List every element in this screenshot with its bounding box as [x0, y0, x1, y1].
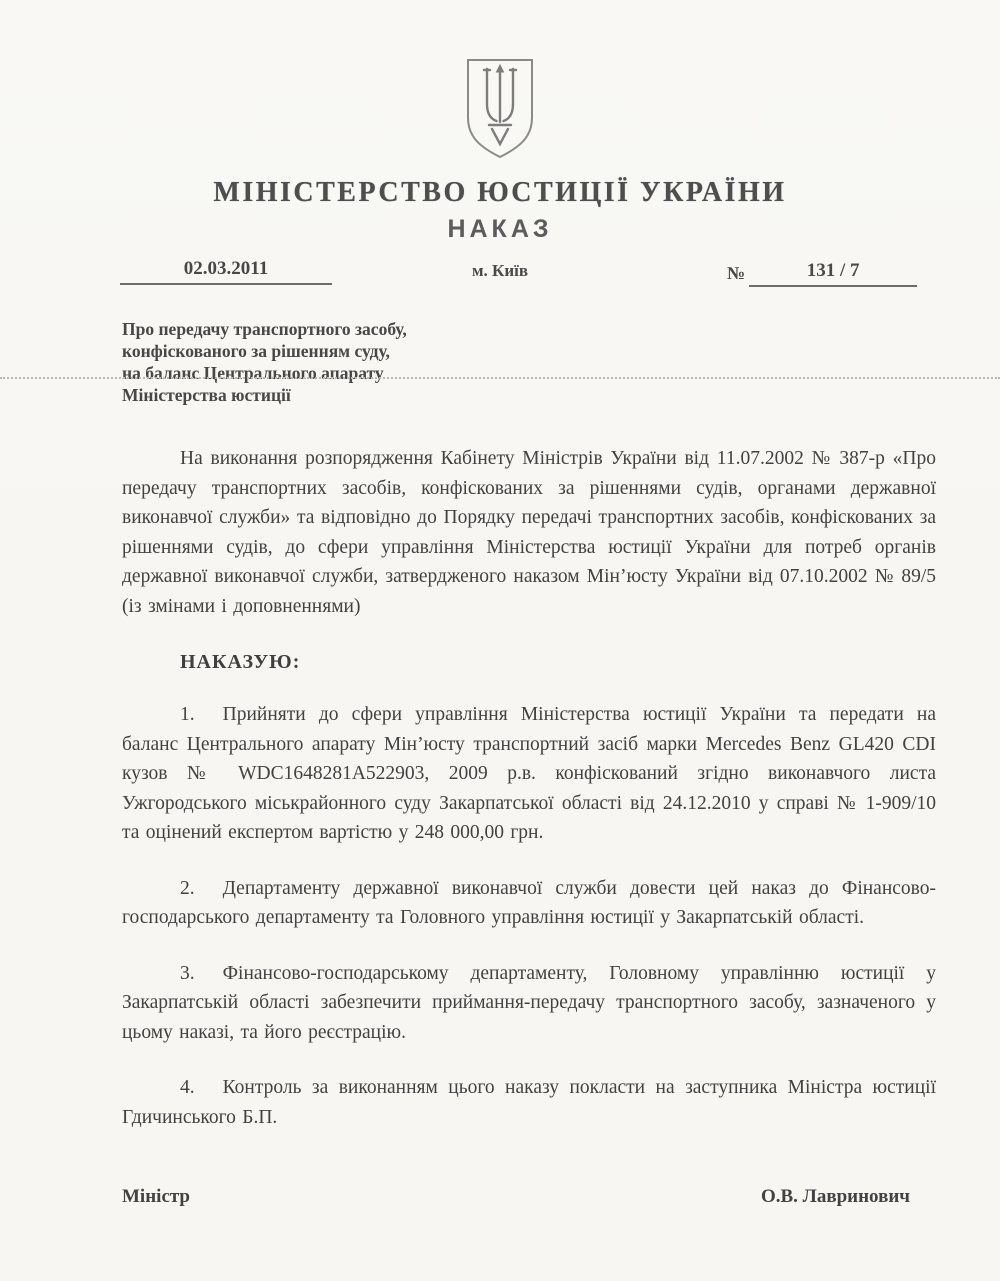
order-item-3: 3.Фінансово-господарському департаменту,… [122, 959, 936, 1048]
document-type-title: НАКАЗ [0, 215, 1000, 244]
signature-name: О.В. Лавринович [761, 1186, 910, 1208]
signature-row: Міністр О.В. Лавринович [122, 1186, 910, 1208]
order-item-1: 1.Прийняти до сфери управління Міністерс… [122, 700, 936, 848]
item-text: Фінансово-господарському департаменту, Г… [122, 963, 936, 1043]
ukraine-trident-icon [462, 56, 538, 162]
item-number: 1. [180, 704, 195, 725]
scanned-document-page: МІНІСТЕРСТВО ЮСТИЦІЇ УКРАЇНИ НАКАЗ 02.03… [0, 0, 1000, 1281]
subject-line: Про передачу транспортного засобу, [122, 318, 542, 340]
item-text: Департаменту державної виконавчої служби… [122, 878, 936, 929]
subject-block: Про передачу транспортного засобу, конфі… [122, 318, 542, 406]
ministry-title: МІНІСТЕРСТВО ЮСТИЦІЇ УКРАЇНИ [0, 177, 1000, 209]
signature-role: Міністр [122, 1186, 190, 1208]
order-item-2: 2.Департаменту державної виконавчої служ… [122, 874, 936, 933]
item-text: Контроль за виконанням цього наказу покл… [122, 1077, 936, 1128]
item-number: 3. [180, 963, 195, 984]
emblem-container [0, 56, 1000, 167]
subject-line: конфіскованого за рішенням суду, [122, 340, 542, 362]
document-body: На виконання розпорядження Кабінету Міні… [122, 444, 936, 1132]
item-number: 4. [180, 1077, 195, 1098]
intro-paragraph: На виконання розпорядження Кабінету Міні… [122, 444, 936, 621]
order-heading: НАКАЗУЮ: [122, 651, 936, 674]
subject-line: Міністерства юстиції [122, 384, 542, 406]
document-number-block: №131 / 7 [727, 260, 917, 287]
subject-line: на баланс Центрального апарату [122, 362, 542, 384]
item-number: 2. [180, 878, 195, 899]
order-item-4: 4.Контроль за виконанням цього наказу по… [122, 1073, 936, 1132]
item-text: Прийняти до сфери управління Міністерств… [122, 704, 936, 843]
document-number: 131 / 7 [749, 260, 917, 287]
date-number-row: 02.03.2011 м. Київ №131 / 7 [0, 258, 1000, 292]
dotted-separator-line [0, 377, 1000, 379]
number-sign-label: № [727, 263, 745, 287]
